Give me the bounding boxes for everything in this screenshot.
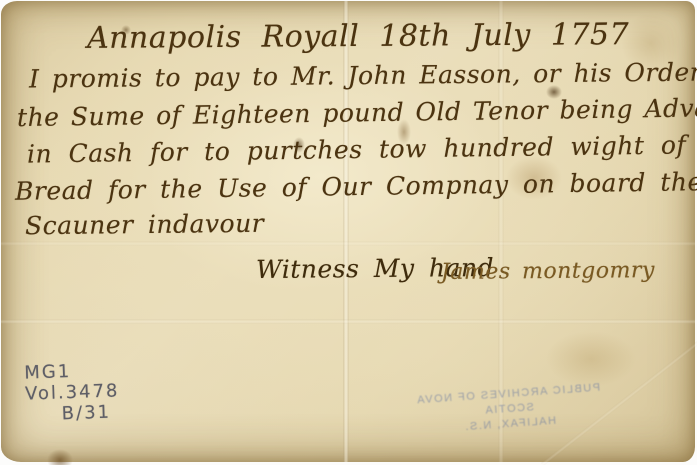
manuscript-line-bread: Bread for the Use of Our Compnay on boar… — [15, 167, 697, 206]
horizontal-fold-crease-lower — [1, 319, 695, 324]
horizontal-fold-crease-upper — [1, 241, 695, 246]
pencil-archival-reference: MG1 Vol.3478 B/31 — [24, 359, 121, 425]
manuscript-line-vessel: Scauner indavour — [25, 209, 264, 241]
manuscript-line-purchase: in Cash for to purtches tow hundred wigh… — [27, 130, 687, 168]
manuscript-line-dateline: Annapolis Royall 18th July 1757 — [87, 17, 629, 56]
signature: James montgomry — [441, 258, 655, 285]
manuscript-line-sum: the Sume of Eighteen pound Old Tenor bei… — [17, 93, 697, 132]
paper-sheet: Annapolis Royall 18th July 1757 I promis… — [1, 1, 695, 462]
manuscript-line-promise: I promis to pay to Mr. John Easson, or h… — [29, 57, 697, 93]
pencil-ref-item: B/31 — [61, 401, 120, 424]
archive-stamp-bleedthrough: PUBLIC ARCHIVES OF NOVA SCOTIA HALIFAX, … — [392, 379, 627, 440]
scanned-document: Annapolis Royall 18th July 1757 I promis… — [0, 0, 697, 465]
paper-stain — [47, 449, 73, 465]
